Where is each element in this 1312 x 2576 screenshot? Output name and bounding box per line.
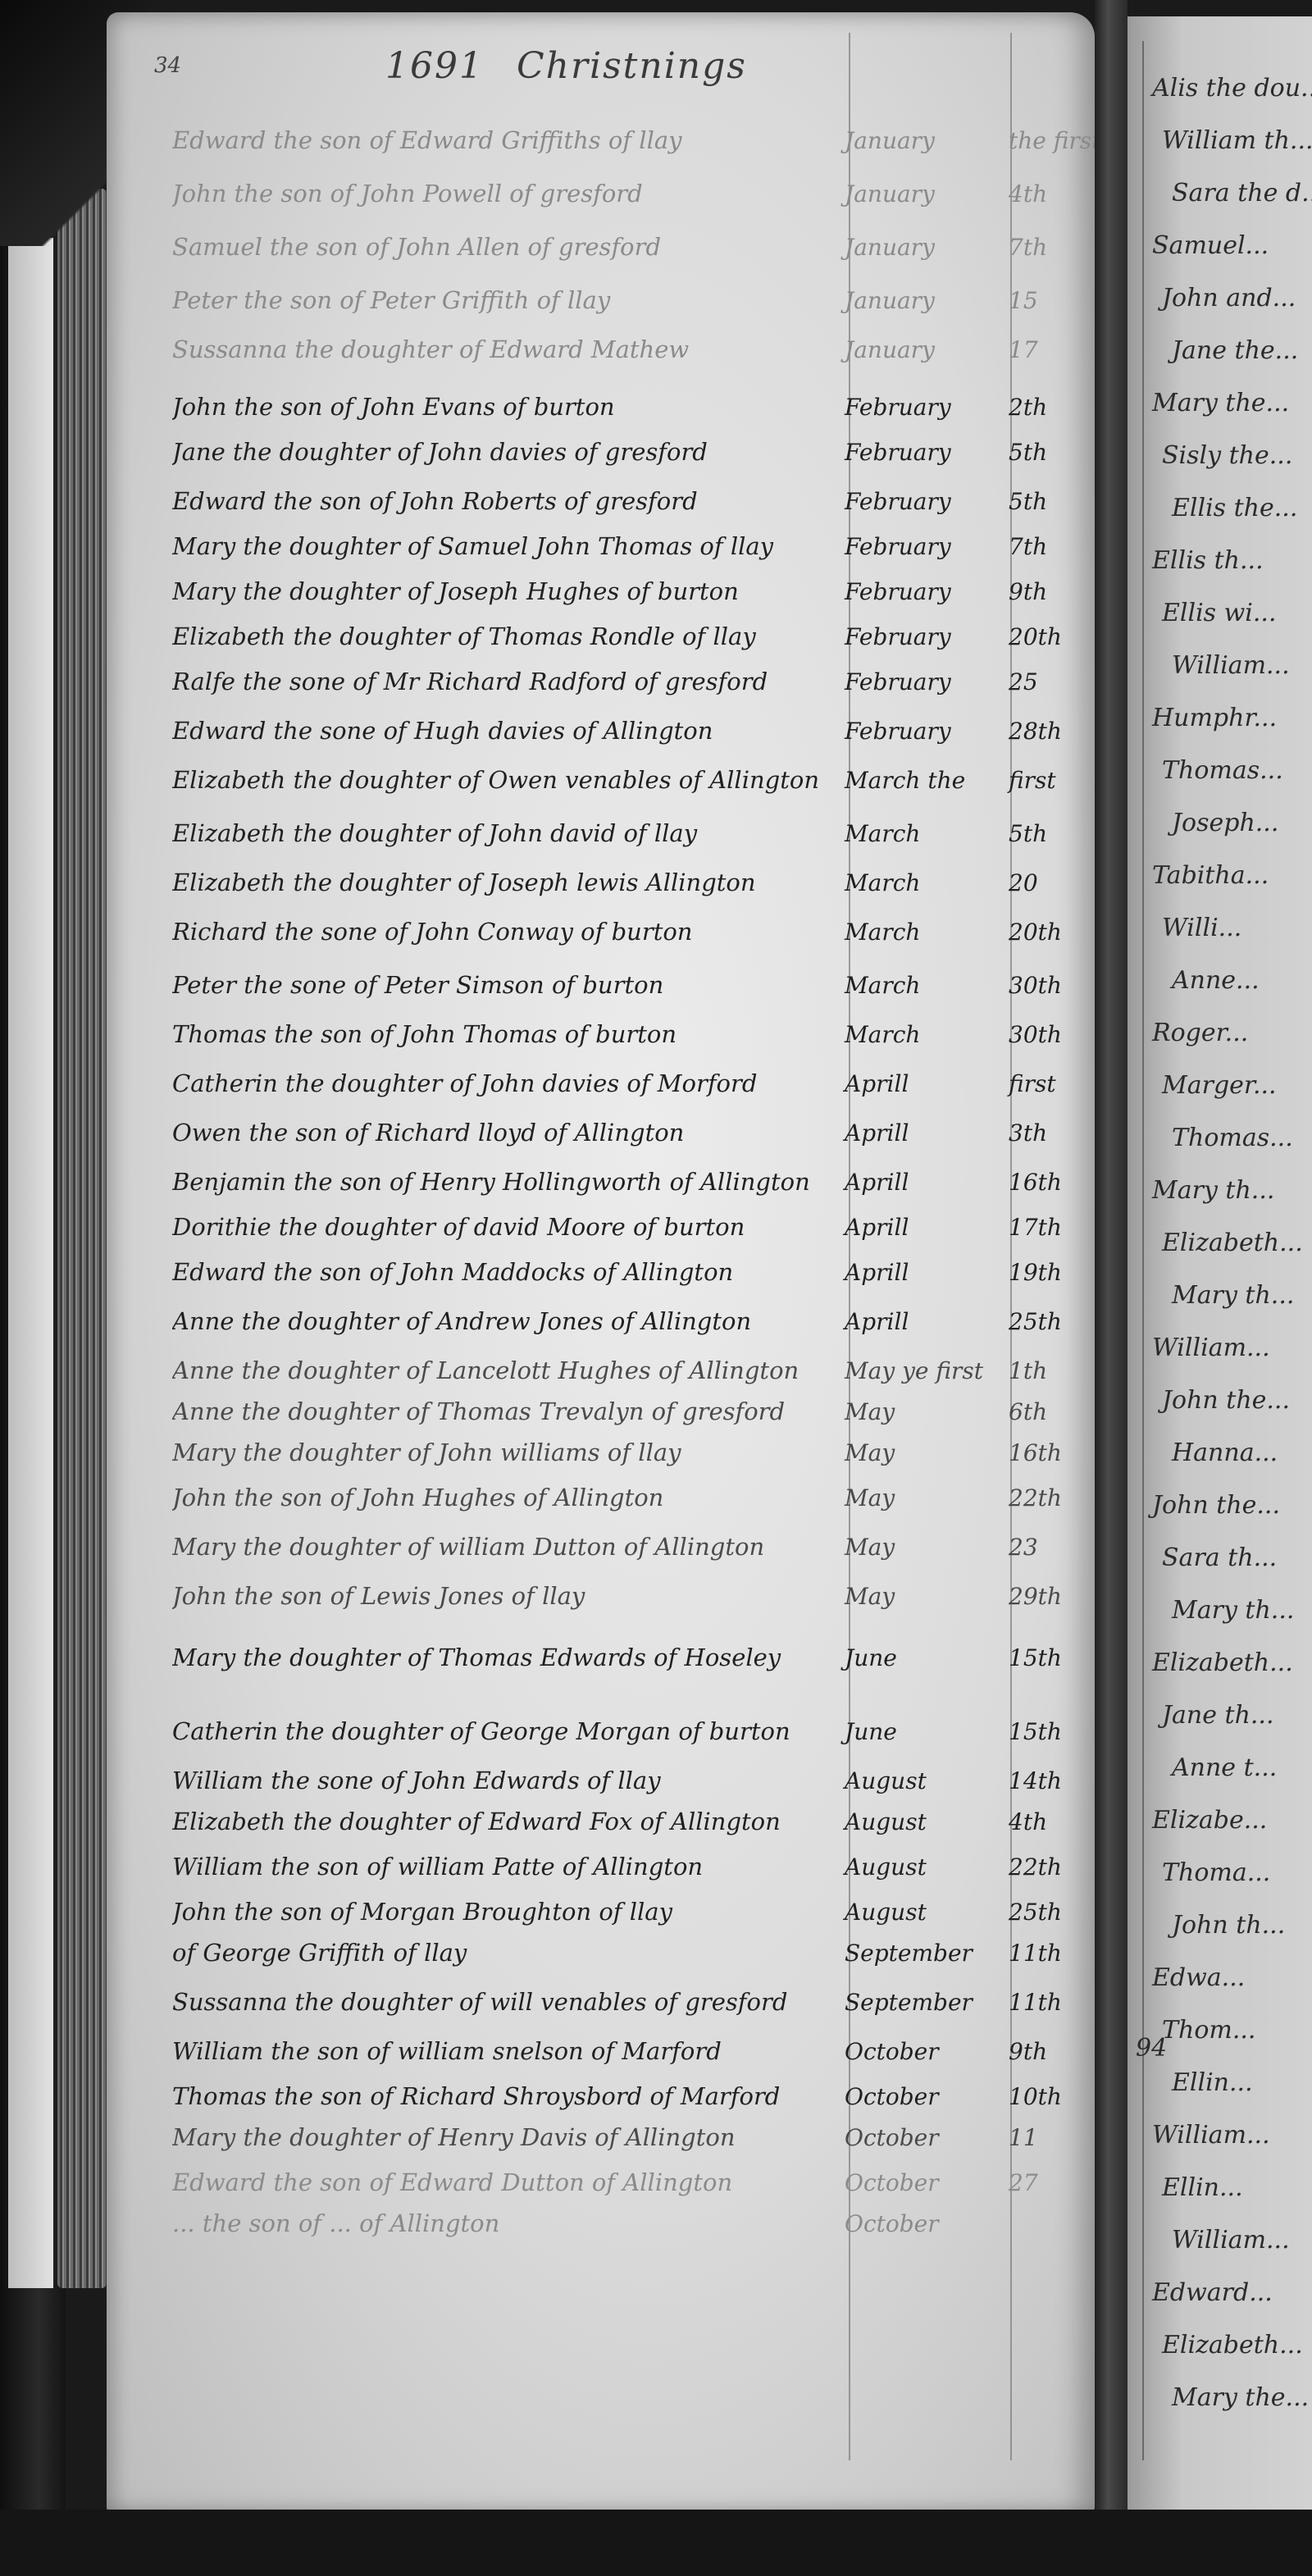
entry-text: Richard the sone of John Conway of burto… — [172, 918, 845, 946]
entry-text: John the son of Morgan Broughton of llay — [172, 1898, 845, 1926]
heading-year: 1691 — [385, 45, 484, 87]
right-page-entry: Anne t... — [1172, 1753, 1277, 1782]
entry-month: Aprill — [845, 1259, 1009, 1286]
register-entry: Thomas the son of John Thomas of burtonM… — [172, 1009, 1091, 1048]
entry-text: Anne the doughter of Lancelott Hughes of… — [172, 1356, 845, 1384]
right-page-entry: Willi... — [1162, 914, 1241, 942]
entry-text: Peter the sone of Peter Simson of burton — [172, 971, 845, 999]
entry-month: February — [845, 668, 1009, 695]
entry-text: Mary the doughter of John williams of ll… — [172, 1438, 845, 1466]
register-entry: of George Griffith of llaySeptember11th — [172, 1927, 1091, 1967]
right-page-entry: Edwa... — [1152, 1963, 1245, 1992]
entry-text: Mary the doughter of Joseph Hughes of bu… — [172, 577, 845, 605]
register-entry: Peter the son of Peter Griffith of llayJ… — [172, 275, 1091, 314]
right-page-entry: Alis the dou... — [1152, 74, 1312, 103]
register-entry: Elizabeth the doughter of Thomas Rondle … — [172, 611, 1091, 650]
entry-text: Ralfe the sone of Mr Richard Radford of … — [172, 668, 845, 695]
right-page-entry: Humphr... — [1152, 704, 1277, 732]
right-page-entry: Sara th... — [1162, 1543, 1277, 1572]
register-entry: John the son of John Evans of burtonFebr… — [172, 381, 1091, 421]
right-page-entry: Joseph... — [1172, 809, 1278, 837]
register-entry: Thomas the son of Richard Shroysbord of … — [172, 2071, 1091, 2110]
entry-text: Elizabeth the doughter of Thomas Rondle … — [172, 622, 845, 650]
entry-day: 25 — [1009, 668, 1082, 695]
right-page-entry: William... — [1172, 2226, 1290, 2255]
entry-month: January — [845, 234, 1009, 261]
entry-day: 5th — [1009, 820, 1082, 847]
book-gutter — [1095, 0, 1127, 2576]
entry-day: 9th — [1009, 578, 1082, 605]
right-page-entry: Thoma... — [1162, 1858, 1270, 1887]
entry-day: 5th — [1009, 439, 1082, 466]
right-page-entry: Mary th... — [1172, 1281, 1294, 1310]
right-page-entry: John the... — [1162, 1386, 1290, 1415]
entry-text: Elizabeth the doughter of John david of … — [172, 819, 845, 847]
entry-text: Catherin the doughter of John davies of … — [172, 1069, 845, 1097]
entry-day: 17th — [1009, 1214, 1082, 1241]
entry-month: May — [845, 1484, 1009, 1511]
entry-day: 9th — [1009, 2038, 1082, 2065]
entry-text: Owen the son of Richard lloyd of Allingt… — [172, 1119, 845, 1147]
entry-text: Anne the doughter of Andrew Jones of All… — [172, 1307, 845, 1335]
entry-month: February — [845, 533, 1009, 560]
register-entry: Mary the doughter of Thomas Edwards of H… — [172, 1632, 1091, 1671]
right-page-entry: Jane the... — [1172, 336, 1298, 365]
right-page-entry: Elizabeth... — [1162, 2331, 1303, 2359]
entry-day: 4th — [1009, 1808, 1082, 1835]
entry-month: May ye first — [845, 1357, 1009, 1384]
entry-day: 1th — [1009, 1357, 1082, 1384]
entry-day: 5th — [1009, 488, 1082, 515]
entry-month: June — [845, 1644, 1009, 1671]
register-entry: Anne the doughter of Andrew Jones of All… — [172, 1296, 1091, 1335]
register-entry: Elizabeth the doughter of Owen venables … — [172, 755, 1091, 794]
entry-month: January — [845, 336, 1009, 363]
right-page-entry: Anne... — [1172, 966, 1260, 995]
register-entry: Owen the son of Richard lloyd of Allingt… — [172, 1107, 1091, 1147]
right-page-entry: Elizabeth... — [1152, 1648, 1293, 1677]
entry-month: March — [845, 1021, 1009, 1048]
register-entry: Mary the doughter of Joseph Hughes of bu… — [172, 566, 1091, 605]
register-entry: Edward the son of Edward Dutton of Allin… — [172, 2157, 1091, 2196]
entry-text: Mary the doughter of Samuel John Thomas … — [172, 532, 845, 560]
register-entry: Samuel the son of John Allen of gresford… — [172, 221, 1091, 261]
entry-text: Edward the sone of Hugh davies of Alling… — [172, 717, 845, 745]
entry-day: 30th — [1009, 972, 1082, 999]
entry-month: October — [845, 2210, 1009, 2237]
entry-month: October — [845, 2083, 1009, 2110]
entry-day: 22th — [1009, 1853, 1082, 1881]
register-entry: Anne the doughter of Lancelott Hughes of… — [172, 1345, 1091, 1384]
entry-day: 6th — [1009, 1398, 1082, 1425]
entry-day: the first — [1009, 127, 1100, 154]
register-entry: Elizabeth the doughter of Joseph lewis A… — [172, 857, 1091, 896]
right-page-entry: Ellis wi... — [1162, 599, 1277, 627]
entry-text: Edward the son of Edward Dutton of Allin… — [172, 2168, 845, 2196]
register-entry: Benjamin the son of Henry Hollingworth o… — [172, 1156, 1091, 1196]
entry-month: March — [845, 869, 1009, 896]
register-entry: Anne the doughter of Thomas Trevalyn of … — [172, 1386, 1091, 1425]
entry-text: Elizabeth the doughter of Edward Fox of … — [172, 1808, 845, 1835]
entry-text: John the son of John Evans of burton — [172, 393, 845, 421]
entry-month: Aprill — [845, 1214, 1009, 1241]
entry-day: 17 — [1009, 336, 1082, 363]
register-entry: Mary the doughter of william Dutton of A… — [172, 1521, 1091, 1561]
right-page-entry: William th... — [1162, 126, 1312, 155]
heading-title: Christnings — [517, 45, 747, 87]
entry-day: 4th — [1009, 180, 1082, 207]
entry-text: Anne the doughter of Thomas Trevalyn of … — [172, 1397, 845, 1425]
entry-month: August — [845, 1767, 1009, 1794]
right-page-entry: Marger... — [1162, 1071, 1277, 1100]
entry-month: February — [845, 439, 1009, 466]
register-entry: Mary the doughter of Samuel John Thomas … — [172, 521, 1091, 560]
right-page-entry: John the... — [1152, 1491, 1280, 1520]
right-page-entry: Ellis th... — [1152, 546, 1264, 575]
register-entry: John the son of John Powell of gresfordJ… — [172, 168, 1091, 207]
entry-day: 16th — [1009, 1439, 1082, 1466]
right-page-entry: Sara the d... — [1172, 179, 1312, 207]
entry-day: 25th — [1009, 1308, 1082, 1335]
entry-day: 29th — [1009, 1583, 1082, 1610]
entry-month: May — [845, 1398, 1009, 1425]
right-page-entry: John and... — [1162, 284, 1296, 312]
entry-day: 20th — [1009, 623, 1082, 650]
entry-text: Mary the doughter of william Dutton of A… — [172, 1533, 845, 1561]
right-page-entry: Ellis the... — [1172, 494, 1297, 522]
entry-day: 15th — [1009, 1644, 1082, 1671]
page-stack-edge — [8, 238, 53, 2288]
entry-month: October — [845, 2038, 1009, 2065]
right-page-entry: Ellin... — [1172, 2068, 1253, 2097]
register-entry: Edward the son of John Roberts of gresfo… — [172, 476, 1091, 515]
margin-rule — [1142, 41, 1144, 2460]
right-page-entry: Mary the... — [1172, 2383, 1309, 2412]
entry-day: 2th — [1009, 394, 1082, 421]
right-page-entry: Mary th... — [1152, 1176, 1274, 1205]
entry-day: 15th — [1009, 1718, 1082, 1745]
right-page-entry: Elizabeth... — [1162, 1229, 1303, 1257]
entry-month: Aprill — [845, 1169, 1009, 1196]
entry-month: March — [845, 820, 1009, 847]
entry-text: Edward the son of John Maddocks of Allin… — [172, 1258, 845, 1286]
entry-month: October — [845, 2124, 1009, 2151]
entry-day: 20th — [1009, 919, 1082, 946]
entry-text: ... the son of ... of Allington — [172, 2209, 845, 2237]
entry-month: Aprill — [845, 1119, 1009, 1147]
entry-day: 28th — [1009, 718, 1082, 745]
entry-day: 27 — [1009, 2169, 1082, 2196]
entry-month: February — [845, 578, 1009, 605]
entry-month: January — [845, 180, 1009, 207]
register-entry: Sussanna the doughter of will venables o… — [172, 1976, 1091, 2016]
entry-text: Catherin the doughter of George Morgan o… — [172, 1717, 845, 1745]
entry-text: Sussanna the doughter of Edward Mathew — [172, 335, 845, 363]
entry-text: Thomas the son of John Thomas of burton — [172, 1020, 845, 1048]
right-page-entry: Samuel... — [1152, 231, 1269, 260]
register-entry: Sussanna the doughter of Edward MathewJa… — [172, 324, 1091, 363]
entry-month: May — [845, 1583, 1009, 1610]
register-entry: ... the son of ... of AllingtonOctober — [172, 2198, 1091, 2237]
entry-month: September — [845, 1940, 1009, 1967]
register-entry: Catherin the doughter of George Morgan o… — [172, 1706, 1091, 1745]
entry-text: William the sone of John Edwards of llay — [172, 1767, 845, 1794]
page-heading: 1691 Christnings — [385, 45, 767, 87]
entry-day: 7th — [1009, 234, 1082, 261]
register-entry: John the son of John Hughes of Allington… — [172, 1472, 1091, 1511]
entry-month: May — [845, 1534, 1009, 1561]
register-entry: Dorithie the doughter of david Moore of … — [172, 1201, 1091, 1241]
entry-text: William the son of william Patte of Alli… — [172, 1853, 845, 1881]
entry-text: of George Griffith of llay — [172, 1939, 845, 1967]
right-page-entry: Thomas... — [1172, 1124, 1293, 1152]
right-page-entry: Thomas... — [1162, 756, 1283, 785]
entry-text: Edward the son of John Roberts of gresfo… — [172, 487, 845, 515]
entry-month: February — [845, 623, 1009, 650]
entry-day: 25th — [1009, 1899, 1082, 1926]
entry-month: March — [845, 972, 1009, 999]
entry-month: August — [845, 1899, 1009, 1926]
register-entry: Ralfe the sone of Mr Richard Radford of … — [172, 656, 1091, 695]
register-entry: Catherin the doughter of John davies of … — [172, 1058, 1091, 1097]
folio-number: 34 — [154, 53, 181, 78]
margin-number: 94 — [1136, 2034, 1167, 2063]
entry-text: Elizabeth the doughter of Owen venables … — [172, 766, 845, 794]
entry-text: William the son of william snelson of Ma… — [172, 2037, 845, 2065]
entry-text: Elizabeth the doughter of Joseph lewis A… — [172, 869, 845, 896]
entry-day: 10th — [1009, 2083, 1082, 2110]
entry-day: 20 — [1009, 869, 1082, 896]
entry-month: January — [845, 287, 1009, 314]
right-page-entry: William... — [1172, 651, 1290, 680]
entry-day: 16th — [1009, 1169, 1082, 1196]
register-entry: Edward the son of John Maddocks of Allin… — [172, 1247, 1091, 1286]
entry-month: October — [845, 2169, 1009, 2196]
entry-month: August — [845, 1853, 1009, 1881]
entry-day: 11th — [1009, 1989, 1082, 2016]
entry-month: March — [845, 919, 1009, 946]
register-entry: John the son of Lewis Jones of llayMay29… — [172, 1571, 1091, 1610]
entry-month: August — [845, 1808, 1009, 1835]
entry-text: John the son of Lewis Jones of llay — [172, 1582, 845, 1610]
entry-month: February — [845, 718, 1009, 745]
entry-text: Peter the son of Peter Griffith of llay — [172, 286, 845, 314]
register-entry: Jane the doughter of John davies of gres… — [172, 426, 1091, 466]
entry-text: Edward the son of Edward Griffiths of ll… — [172, 126, 845, 154]
entry-month: February — [845, 488, 1009, 515]
right-page-entry: Mary th... — [1172, 1596, 1294, 1625]
entry-text: Dorithie the doughter of david Moore of … — [172, 1213, 845, 1241]
entry-day: 11 — [1009, 2124, 1082, 2151]
right-page-entry: Thom... — [1162, 2016, 1255, 2045]
right-page-entry: Elizabe... — [1152, 1806, 1267, 1835]
register-entry: Elizabeth the doughter of Edward Fox of … — [172, 1796, 1091, 1835]
register-entry: William the son of william snelson of Ma… — [172, 2026, 1091, 2065]
entry-month: September — [845, 1989, 1009, 2016]
entry-month: March the — [845, 767, 1009, 794]
entry-text: Sussanna the doughter of will venables o… — [172, 1988, 845, 2016]
entry-day: 7th — [1009, 533, 1082, 560]
entry-month: Aprill — [845, 1070, 1009, 1097]
book-cover-bottom — [0, 2510, 1312, 2576]
entry-day: first — [1009, 767, 1082, 794]
register-entry: William the son of william Patte of Alli… — [172, 1841, 1091, 1881]
register-entry: John the son of Morgan Broughton of llay… — [172, 1886, 1091, 1926]
entry-day: 23 — [1009, 1534, 1082, 1561]
right-page-entry: Ellin... — [1162, 2173, 1243, 2202]
entry-text: Benjamin the son of Henry Hollingworth o… — [172, 1168, 845, 1196]
register-entry: Mary the doughter of Henry Davis of Alli… — [172, 2112, 1091, 2151]
entry-month: Aprill — [845, 1308, 1009, 1335]
right-page-entry: William... — [1152, 1334, 1270, 1362]
right-page-entry: Mary the... — [1152, 389, 1289, 417]
register-entry: Edward the sone of Hugh davies of Alling… — [172, 705, 1091, 745]
right-page-entry: Edward... — [1152, 2278, 1273, 2307]
register-entry: Peter the sone of Peter Simson of burton… — [172, 960, 1091, 999]
right-page-entry: Tabitha... — [1152, 861, 1269, 890]
entry-text: Jane the doughter of John davies of gres… — [172, 438, 845, 466]
entry-day: 3th — [1009, 1119, 1082, 1147]
right-page-entry: Hanna... — [1172, 1438, 1278, 1467]
entry-text: Samuel the son of John Allen of gresford — [172, 233, 845, 261]
entry-day: 30th — [1009, 1021, 1082, 1048]
entry-month: June — [845, 1718, 1009, 1745]
right-page-entry: William... — [1152, 2121, 1270, 2150]
entry-text: Thomas the son of Richard Shroysbord of … — [172, 2082, 845, 2110]
entry-text: Mary the doughter of Thomas Edwards of H… — [172, 1644, 845, 1671]
entry-day: 11th — [1009, 1940, 1082, 1967]
entry-day: 14th — [1009, 1767, 1082, 1794]
entry-day: 19th — [1009, 1259, 1082, 1286]
right-page-entry: Sisly the... — [1162, 441, 1292, 470]
page-edges — [57, 189, 107, 2288]
register-entry: Mary the doughter of John williams of ll… — [172, 1427, 1091, 1466]
entry-text: John the son of John Hughes of Allington — [172, 1484, 845, 1511]
register-entry: William the sone of John Edwards of llay… — [172, 1755, 1091, 1794]
entry-month: January — [845, 127, 1009, 154]
right-page-entry: Roger... — [1152, 1019, 1248, 1047]
entry-day: 15 — [1009, 287, 1082, 314]
register-entry: Edward the son of Edward Griffiths of ll… — [172, 115, 1091, 154]
entry-month: May — [845, 1439, 1009, 1466]
right-page-entry: John th... — [1172, 1911, 1285, 1940]
entry-day: first — [1009, 1070, 1082, 1097]
register-entry: Richard the sone of John Conway of burto… — [172, 906, 1091, 946]
right-page-entry: Jane th... — [1162, 1701, 1274, 1730]
entry-month: February — [845, 394, 1009, 421]
register-entry: Elizabeth the doughter of John david of … — [172, 808, 1091, 847]
entry-day: 22th — [1009, 1484, 1082, 1511]
entry-text: Mary the doughter of Henry Davis of Alli… — [172, 2123, 845, 2151]
entry-text: John the son of John Powell of gresford — [172, 180, 845, 207]
